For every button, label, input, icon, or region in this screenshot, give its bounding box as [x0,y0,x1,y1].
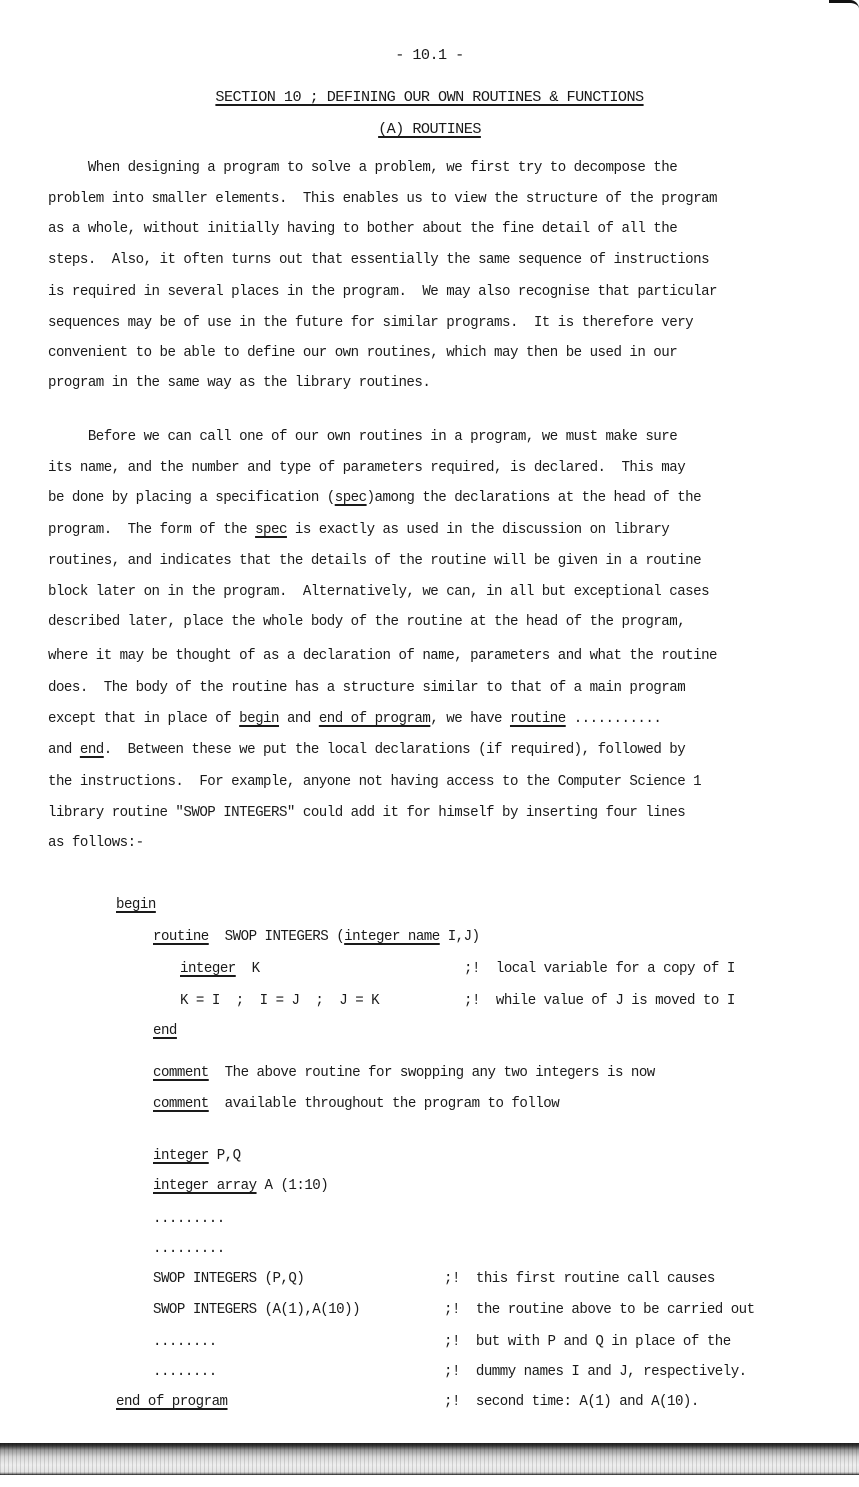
text-span: )among the declarations at the head of t… [367,488,702,506]
section-title-text: SECTION 10 ; DEFINING OUR OWN ROUTINES &… [215,88,643,106]
comment-text: available throughout the program to foll… [209,1094,559,1112]
code-line: comment available throughout the program… [153,1093,559,1113]
code-line: integer array A (1:10) [153,1175,328,1195]
code-comment: ;! this first routine call causes [444,1268,715,1288]
keyword-integer: integer [153,1146,209,1164]
keyword-begin: begin [239,709,279,727]
code-line: comment The above routine for swopping a… [153,1062,655,1082]
code-line: integer K [180,958,260,978]
keyword-comment: comment [153,1063,209,1081]
text-span: program. The form of the [48,520,255,538]
paragraph-line: block later on in the program. Alternati… [48,581,709,601]
code-comment: ;! second time: A(1) and A(10). [444,1391,699,1411]
paragraph-line: the instructions. For example, anyone no… [48,771,701,791]
page-number: - 10.1 - [0,45,859,65]
code-comment: ;! local variable for a copy of I [464,958,735,978]
code-line: end [153,1020,177,1040]
array-decl: A (1:10) [257,1176,329,1194]
text-span: except that in place of [48,709,239,727]
keyword-integer: integer [180,959,236,977]
subsection-title: (A) ROUTINES [0,119,859,139]
paragraph-line: When designing a program to solve a prob… [48,157,677,177]
page-corner-mark [829,0,859,9]
paragraph-line: as follows:- [48,832,144,852]
code-ellipsis: ........ [153,1331,217,1351]
paragraph-line: convenient to be able to define our own … [48,342,677,362]
paragraph-line: Before we can call one of our own routin… [48,426,677,446]
paragraph-line: where it may be thought of as a declarat… [48,645,717,665]
paragraph-line: described later, place the whole body of… [48,611,685,631]
paragraph-line: library routine "SWOP INTEGERS" could ad… [48,802,685,822]
comment-text: The above routine for swopping any two i… [209,1063,655,1081]
code-line: K = I ; I = J ; J = K [180,990,379,1010]
code-ellipsis: ........ [153,1361,217,1381]
text-span: and [48,740,80,758]
code-line: begin [116,894,156,914]
variable-decl: P,Q [209,1146,241,1164]
keyword-integer-array: integer array [153,1176,257,1194]
document-page: - 10.1 - SECTION 10 ; DEFINING OUR OWN R… [0,0,859,1487]
keyword-routine: routine [153,927,209,945]
keyword-spec: spec [255,520,287,538]
text-span: be done by placing a specification ( [48,488,335,506]
keyword-integer-name: integer name [344,927,440,945]
keyword-end-of-program: end of program [319,709,431,727]
paragraph-line: except that in place of begin and end of… [48,708,661,728]
text-span: and [279,709,319,727]
routine-params: I,J) [440,927,480,945]
code-line: routine SWOP INTEGERS (integer name I,J) [153,926,480,946]
routine-name: SWOP INTEGERS ( [209,927,344,945]
text-span: is exactly as used in the discussion on … [287,520,669,538]
section-title: SECTION 10 ; DEFINING OUR OWN ROUTINES &… [0,87,859,107]
paragraph-line: problem into smaller elements. This enab… [48,188,717,208]
paragraph-line: and end. Between these we put the local … [48,739,685,759]
paragraph-line: does. The body of the routine has a stru… [48,677,685,697]
paragraph-line: is required in several places in the pro… [48,281,717,301]
paragraph-line: as a whole, without initially having to … [48,218,677,238]
code-comment: ;! dummy names I and J, respectively. [444,1361,747,1381]
subsection-title-text: (A) ROUTINES [378,120,481,138]
code-ellipsis: ......... [153,1208,225,1228]
paragraph-line: steps. Also, it often turns out that ess… [48,249,709,269]
keyword-comment: comment [153,1094,209,1112]
keyword-end: end [80,740,104,758]
scan-edge-artifact [0,1443,859,1475]
keyword-end-of-program: end of program [116,1392,228,1410]
code-comment: ;! while value of J is moved to I [464,990,735,1010]
keyword-begin: begin [116,895,156,913]
paragraph-line: program. The form of the spec is exactly… [48,519,669,539]
paragraph-line: sequences may be of use in the future fo… [48,312,693,332]
text-span: , we have [430,709,510,727]
keyword-routine: routine [510,709,566,727]
paragraph-line: its name, and the number and type of par… [48,457,685,477]
code-line: SWOP INTEGERS (P,Q) [153,1268,304,1288]
code-line: end of program [116,1391,228,1411]
code-comment: ;! the routine above to be carried out [444,1299,755,1319]
code-ellipsis: ......... [153,1238,225,1258]
code-line: SWOP INTEGERS (A(1),A(10)) [153,1299,360,1319]
paragraph-line: program in the same way as the library r… [48,372,430,392]
code-comment: ;! but with P and Q in place of the [444,1331,731,1351]
code-line: integer P,Q [153,1145,241,1165]
text-span: ........... [566,709,662,727]
keyword-end: end [153,1021,177,1039]
paragraph-line: routines, and indicates that the details… [48,550,701,570]
paragraph-line: be done by placing a specification (spec… [48,487,701,507]
keyword-spec: spec [335,488,367,506]
variable-decl: K [236,959,260,977]
text-span: . Between these we put the local declara… [104,740,685,758]
